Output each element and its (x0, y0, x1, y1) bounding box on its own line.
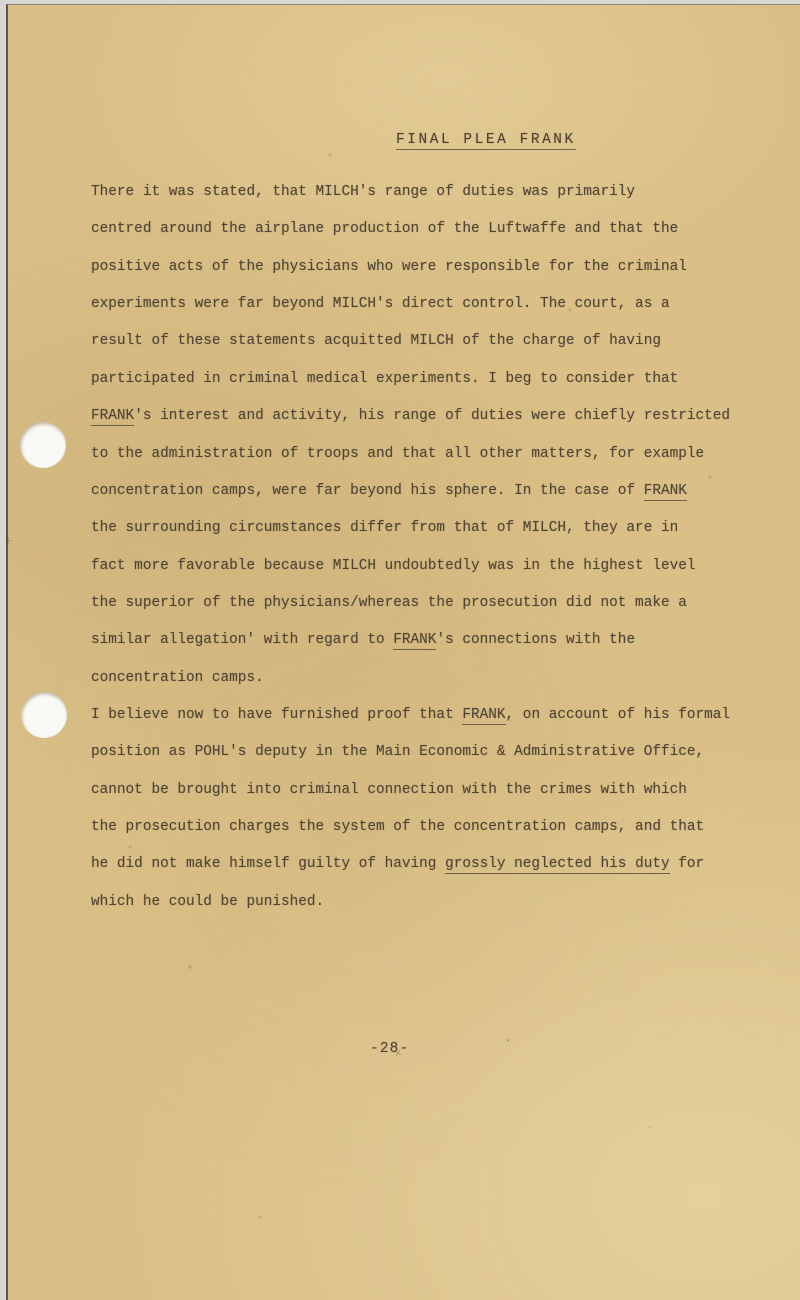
text-line: the prosecution charges the system of th… (91, 818, 780, 855)
text-segment: cannot be brought into criminal connecti… (91, 782, 687, 798)
underlined-text: grossly neglected his duty (445, 856, 670, 874)
text-segment: fact more favorable because MILCH undoub… (91, 558, 696, 574)
text-segment: concentration camps. (91, 670, 264, 686)
page-number: -28- (370, 1041, 409, 1057)
text-line: the surrounding circumstances differ fro… (91, 519, 780, 556)
underlined-text: FRANK (462, 707, 505, 725)
punch-hole-bottom (21, 692, 67, 738)
text-line: cannot be brought into criminal connecti… (91, 781, 780, 818)
text-line: result of these statements acquitted MIL… (91, 332, 780, 369)
text-line: to the administration of troops and that… (91, 445, 780, 482)
text-line: FRANK's interest and activity, his range… (91, 407, 780, 444)
text-segment: 's interest and activity, his range of d… (134, 408, 730, 424)
underlined-text: FRANK (393, 632, 436, 650)
text-segment: to the administration of troops and that… (91, 446, 704, 462)
text-line: There it was stated, that MILCH's range … (91, 183, 780, 220)
text-segment: centred around the airplane production o… (91, 221, 678, 237)
text-segment: the surrounding circumstances differ fro… (91, 520, 678, 536)
text-line: centred around the airplane production o… (91, 220, 780, 257)
text-segment: for (670, 856, 705, 872)
text-line: concentration camps. (91, 669, 780, 706)
text-line: he did not make himself guilty of having… (91, 855, 780, 892)
underlined-text: FRANK (644, 483, 687, 501)
text-segment: which he could be punished. (91, 894, 324, 910)
text-segment: positive acts of the physicians who were… (91, 259, 687, 275)
text-segment: concentration camps, were far beyond his… (91, 483, 644, 499)
text-segment: 's connections with the (436, 632, 635, 648)
text-segment: I believe now to have furnished proof th… (91, 707, 462, 723)
text-segment: result of these statements acquitted MIL… (91, 333, 661, 349)
text-line: which he could be punished. (91, 893, 780, 930)
text-line: experiments were far beyond MILCH's dire… (91, 295, 780, 332)
pencil-mark-caron: ˇ (505, 1038, 511, 1052)
punch-hole-top (20, 422, 66, 468)
text-segment: the prosecution charges the system of th… (91, 819, 704, 835)
text-line: I believe now to have furnished proof th… (91, 706, 780, 743)
text-line: similar allegation' with regard to FRANK… (91, 631, 780, 668)
text-segment: the superior of the physicians/whereas t… (91, 595, 687, 611)
typewritten-body: There it was stated, that MILCH's range … (91, 183, 780, 930)
text-segment: he did not make himself guilty of having (91, 856, 445, 872)
text-line: concentration camps, were far beyond his… (91, 482, 780, 519)
text-segment: experiments were far beyond MILCH's dire… (91, 296, 670, 312)
text-line: participated in criminal medical experim… (91, 370, 780, 407)
text-line: position as POHL's deputy in the Main Ec… (91, 743, 780, 780)
page-title: FINAL PLEA FRANK (396, 132, 576, 150)
text-segment: There it was stated, that MILCH's range … (91, 184, 635, 200)
text-line: fact more favorable because MILCH undoub… (91, 557, 780, 594)
underlined-text: FRANK (91, 408, 134, 426)
pencil-mark-plus: + (4, 534, 13, 547)
text-line: positive acts of the physicians who were… (91, 258, 780, 295)
text-segment: similar allegation' with regard to (91, 632, 393, 648)
text-segment: participated in criminal medical experim… (91, 371, 678, 387)
text-segment: position as POHL's deputy in the Main Ec… (91, 744, 704, 760)
text-segment: , on account of his formal (506, 707, 731, 723)
text-line: the superior of the physicians/whereas t… (91, 594, 780, 631)
